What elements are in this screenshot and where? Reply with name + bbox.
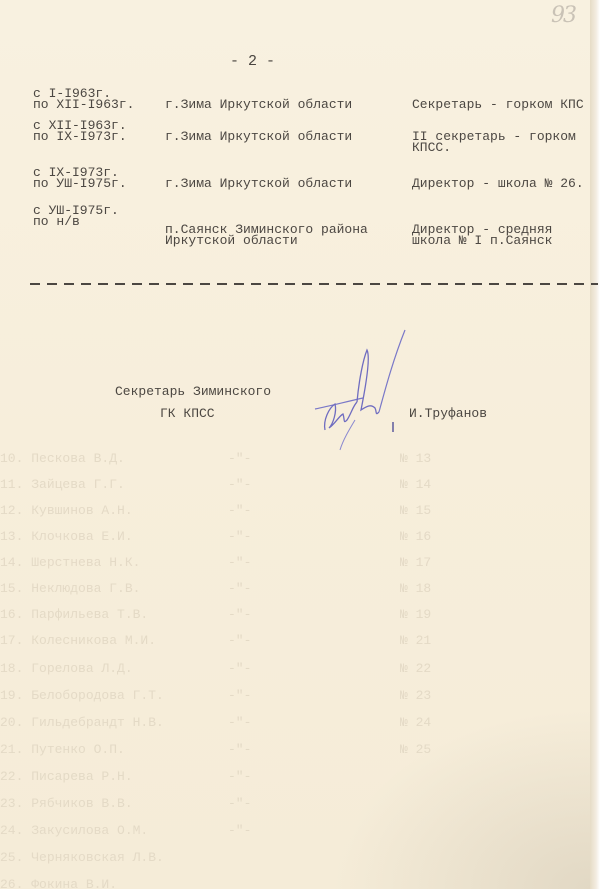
signatory-title: Секретарь Зиминского bbox=[115, 386, 271, 398]
bleed-ref: № 18 bbox=[400, 582, 431, 595]
signatory-org: ГК КПСС bbox=[160, 408, 215, 420]
bleed-row: 22. Писарева Р.Н. bbox=[0, 770, 133, 783]
bleed-mark: -"- bbox=[228, 530, 251, 543]
bleed-row: 13. Клочкова Е.И. bbox=[0, 530, 133, 543]
bleed-mark: -"- bbox=[228, 770, 251, 783]
bleed-mark: -"- bbox=[228, 797, 251, 810]
position-cont: КПСС. bbox=[412, 142, 451, 154]
place: г.Зима Иркутской области bbox=[165, 99, 352, 111]
bleed-row: 25. Черняковская Л.В. bbox=[0, 851, 164, 864]
period-to: по УШ-I975г. bbox=[33, 178, 127, 190]
bleed-row: 21. Путенко О.П. bbox=[0, 743, 125, 756]
bleed-row: 20. Гильдебрандт Н.В. bbox=[0, 716, 164, 729]
bleed-mark: -"- bbox=[228, 582, 251, 595]
position: Секретарь - горком КПС bbox=[412, 99, 584, 111]
bleed-mark: -"- bbox=[228, 824, 251, 837]
bleed-row: 12. Кувшинов А.Н. bbox=[0, 504, 133, 517]
page-shadow bbox=[330, 709, 590, 889]
bleed-ref: № 19 bbox=[400, 608, 431, 621]
bleed-ref: № 14 bbox=[400, 478, 431, 491]
dashed-separator bbox=[30, 283, 598, 285]
bleed-mark: -"- bbox=[228, 452, 251, 465]
position: Директор - школа № 26. bbox=[412, 178, 584, 190]
bleed-ref: № 21 bbox=[400, 634, 431, 647]
bleed-ref: № 15 bbox=[400, 504, 431, 517]
bleed-row: 16. Парфильева Т.В. bbox=[0, 608, 148, 621]
page-edge bbox=[590, 0, 600, 889]
bleed-row: 14. Шерстнева Н.К. bbox=[0, 556, 140, 569]
bleed-mark: -"- bbox=[228, 608, 251, 621]
bleed-mark: -"- bbox=[228, 634, 251, 647]
bleed-row: 11. Зайцева Г.Г. bbox=[0, 478, 125, 491]
place: г.Зима Иркутской области bbox=[165, 131, 352, 143]
bleed-row: 10. Пескова В.Д. bbox=[0, 452, 125, 465]
bleed-row: 19. Белобородова Г.Т. bbox=[0, 689, 164, 702]
archive-page-number: 93 bbox=[551, 3, 575, 28]
period-to: по IX-I973г. bbox=[33, 131, 127, 143]
signatory-name: И.Труфанов bbox=[409, 408, 487, 420]
period-to: по н/в bbox=[33, 216, 80, 228]
bleed-row: 18. Горелова Л.Д. bbox=[0, 662, 133, 675]
bleed-ref: № 23 bbox=[400, 689, 431, 702]
bleed-mark: -"- bbox=[228, 689, 251, 702]
bleed-mark: -"- bbox=[228, 556, 251, 569]
bleed-row: 15. Неклюдова Г.В. bbox=[0, 582, 140, 595]
bleed-ref: № 17 bbox=[400, 556, 431, 569]
page-number: - 2 - bbox=[230, 53, 275, 70]
period-to: по XII-I963г. bbox=[33, 99, 134, 111]
bleed-ref: № 16 bbox=[400, 530, 431, 543]
place: г.Зима Иркутской области bbox=[165, 178, 352, 190]
bleed-mark: -"- bbox=[228, 716, 251, 729]
position-cont: школа № I п.Саянск bbox=[412, 235, 552, 247]
bleed-mark: -"- bbox=[228, 743, 251, 756]
bleed-mark: -"- bbox=[228, 662, 251, 675]
bleed-ref: № 22 bbox=[400, 662, 431, 675]
bleed-mark: -"- bbox=[228, 504, 251, 517]
bleed-mark: -"- bbox=[228, 478, 251, 491]
place-cont: Иркутской области bbox=[165, 235, 298, 247]
handwritten-signature-icon bbox=[305, 320, 415, 460]
bleed-ref: № 24 bbox=[400, 716, 431, 729]
bleed-row: 26. Фокина В.И. bbox=[0, 878, 117, 889]
bleed-ref: № 25 bbox=[400, 743, 431, 756]
bleed-row: 24. Закусилова О.М. bbox=[0, 824, 148, 837]
bleed-row: 23. Рябчиков В.В. bbox=[0, 797, 133, 810]
bleed-row: 17. Колесникова М.И. bbox=[0, 634, 156, 647]
